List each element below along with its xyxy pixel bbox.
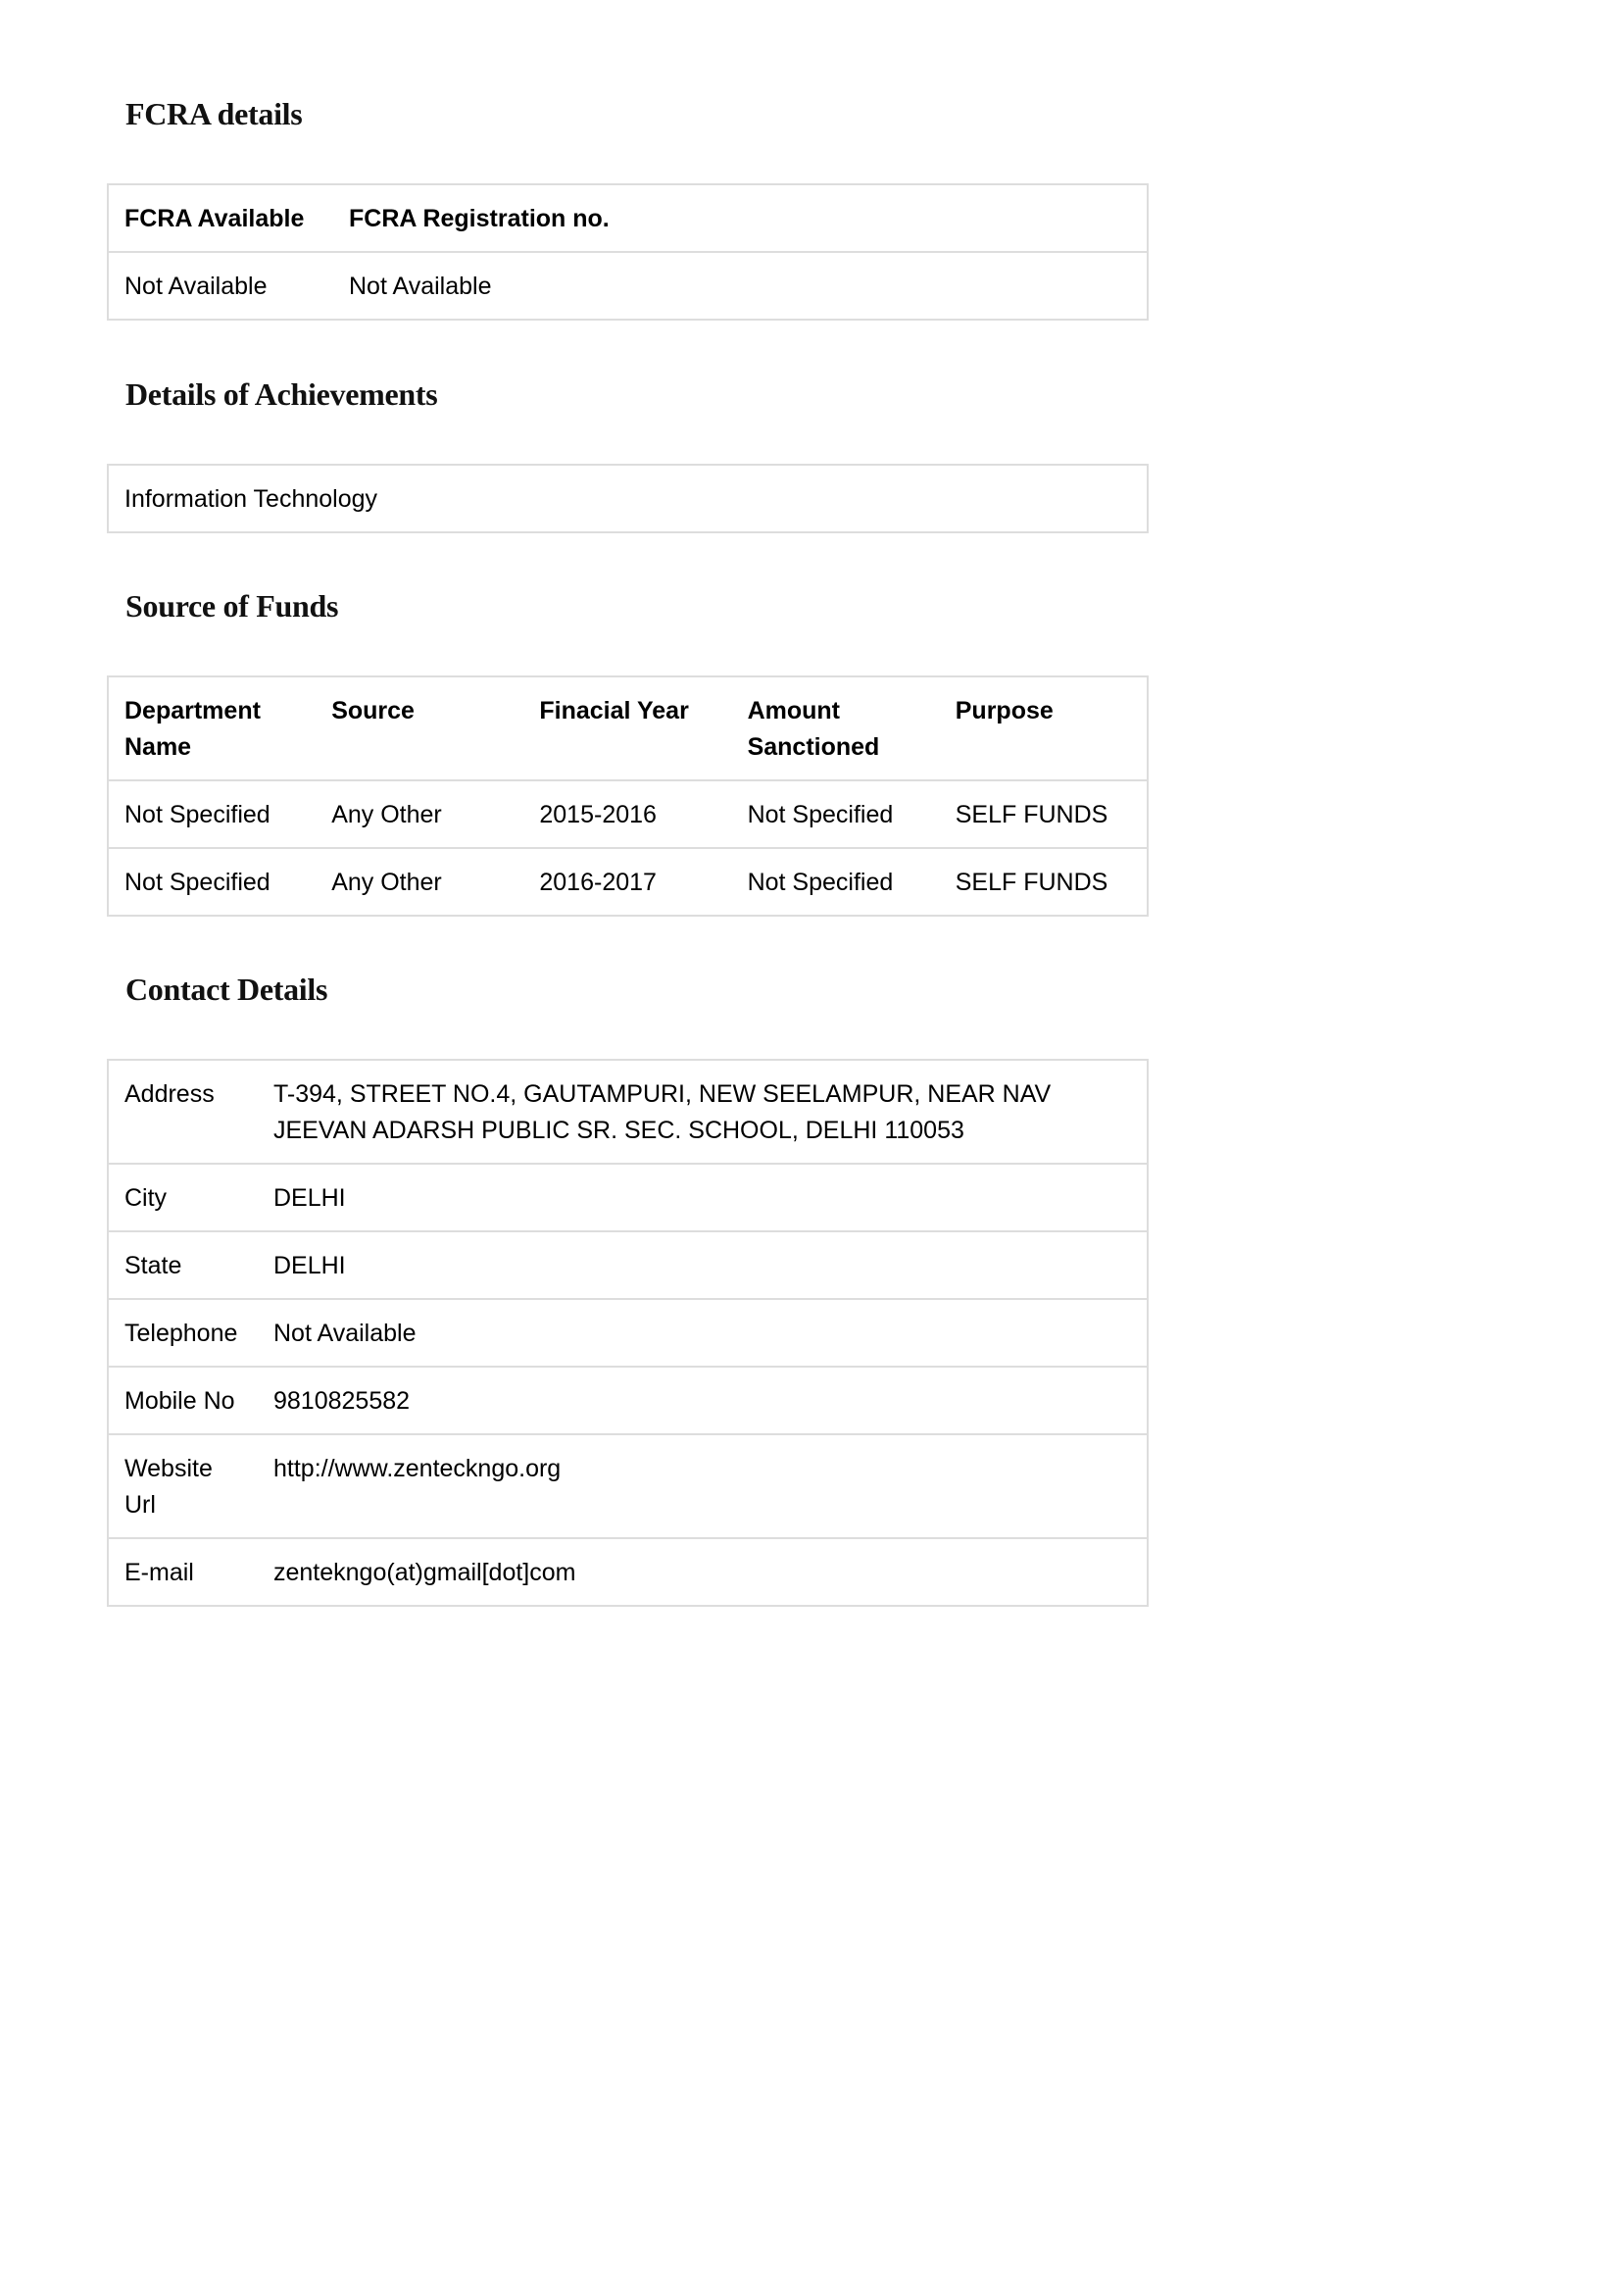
contact-row-mobile: Mobile No 9810825582 [108, 1367, 1148, 1434]
table-row: Not Available Not Available [108, 252, 1148, 320]
amount-sanctioned-header: Amount Sanctioned [732, 676, 940, 780]
fcra-available-value: Not Available [108, 252, 333, 320]
website-value: http://www.zenteckngo.org [258, 1434, 1148, 1538]
contact-label: E-mail [108, 1538, 258, 1606]
achievements-section-title: Details of Achievements [125, 374, 437, 414]
fcra-registration-value: Not Available [333, 252, 1148, 320]
contact-row-state: State DELHI [108, 1231, 1148, 1299]
contact-label: Mobile No [108, 1367, 258, 1434]
financial-year-cell: 2015-2016 [523, 780, 731, 848]
contact-row-address: Address T-394, STREET NO.4, GAUTAMPURI, … [108, 1060, 1148, 1164]
department-name-header: Department Name [108, 676, 316, 780]
department-name-cell: Not Specified [108, 780, 316, 848]
table-header-row: FCRA Available FCRA Registration no. [108, 184, 1148, 252]
financial-year-header: Finacial Year [523, 676, 731, 780]
source-header: Source [316, 676, 523, 780]
table-row: Not Specified Any Other 2016-2017 Not Sp… [108, 848, 1148, 916]
purpose-cell: SELF FUNDS [940, 848, 1148, 916]
contact-label: City [108, 1164, 258, 1231]
contact-label: State [108, 1231, 258, 1299]
fcra-table: FCRA Available FCRA Registration no. Not… [107, 183, 1149, 321]
contact-table: Address T-394, STREET NO.4, GAUTAMPURI, … [107, 1059, 1149, 1607]
contact-row-city: City DELHI [108, 1164, 1148, 1231]
contact-row-telephone: Telephone Not Available [108, 1299, 1148, 1367]
achievements-table: Information Technology [107, 464, 1149, 533]
table-header-row: Department Name Source Finacial Year Amo… [108, 676, 1148, 780]
telephone-value: Not Available [258, 1299, 1148, 1367]
achievement-item: Information Technology [108, 465, 1148, 532]
mobile-value: 9810825582 [258, 1367, 1148, 1434]
fcra-available-header: FCRA Available [108, 184, 333, 252]
contact-row-website: Website Url http://www.zenteckngo.org [108, 1434, 1148, 1538]
financial-year-cell: 2016-2017 [523, 848, 731, 916]
city-value: DELHI [258, 1164, 1148, 1231]
purpose-header: Purpose [940, 676, 1148, 780]
contact-label: Address [108, 1060, 258, 1164]
contact-section-title: Contact Details [125, 970, 327, 1009]
contact-label: Telephone [108, 1299, 258, 1367]
fcra-section-title: FCRA details [125, 94, 302, 133]
email-value: zentekngo(at)gmail[dot]com [258, 1538, 1148, 1606]
source-cell: Any Other [316, 848, 523, 916]
address-value: T-394, STREET NO.4, GAUTAMPURI, NEW SEEL… [258, 1060, 1148, 1164]
department-name-cell: Not Specified [108, 848, 316, 916]
state-value: DELHI [258, 1231, 1148, 1299]
source-cell: Any Other [316, 780, 523, 848]
contact-label: Website Url [108, 1434, 258, 1538]
amount-sanctioned-cell: Not Specified [732, 780, 940, 848]
contact-row-email: E-mail zentekngo(at)gmail[dot]com [108, 1538, 1148, 1606]
amount-sanctioned-cell: Not Specified [732, 848, 940, 916]
purpose-cell: SELF FUNDS [940, 780, 1148, 848]
funds-table: Department Name Source Finacial Year Amo… [107, 675, 1149, 917]
funds-section-title: Source of Funds [125, 586, 338, 625]
fcra-registration-header: FCRA Registration no. [333, 184, 1148, 252]
table-row: Not Specified Any Other 2015-2016 Not Sp… [108, 780, 1148, 848]
table-row: Information Technology [108, 465, 1148, 532]
